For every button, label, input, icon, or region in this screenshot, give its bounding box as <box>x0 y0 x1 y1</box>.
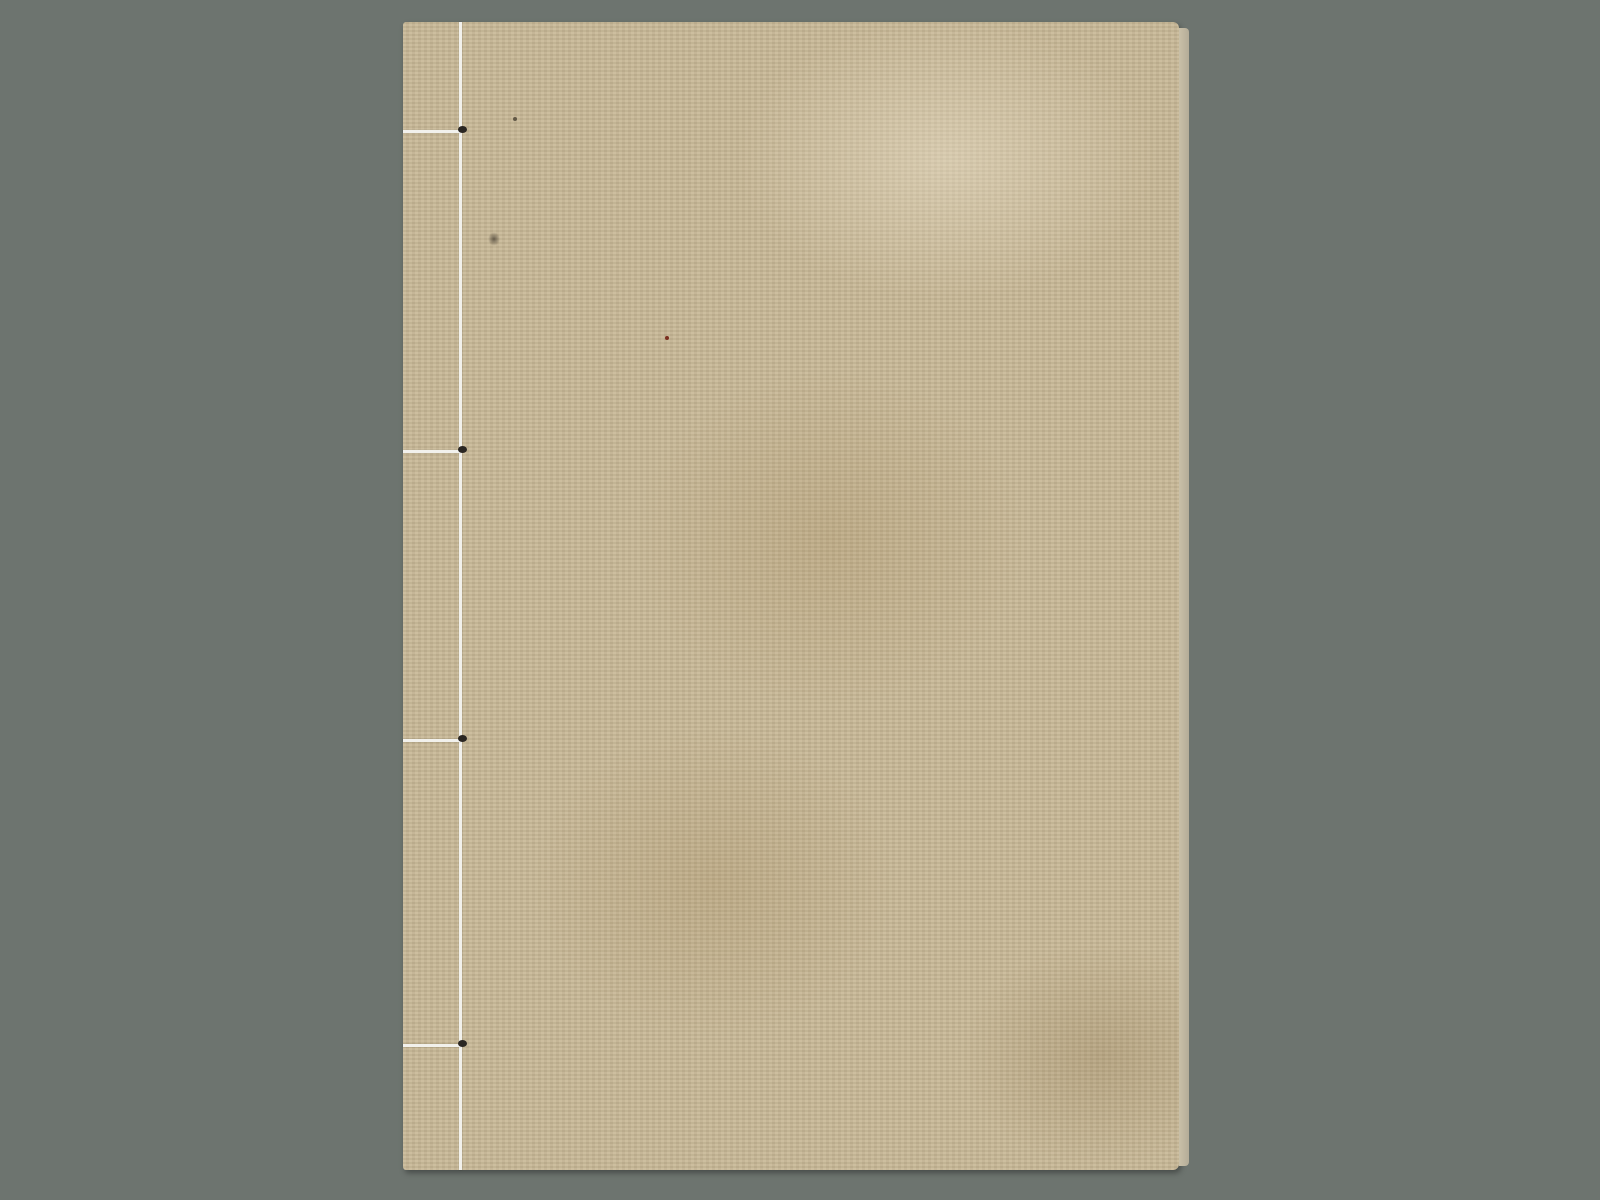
binding-thread <box>459 22 462 1170</box>
page-edge <box>1179 28 1189 1166</box>
binding-hole <box>458 446 467 453</box>
stain-spot <box>665 336 669 340</box>
ink-mark <box>513 117 517 121</box>
book-cover <box>403 22 1179 1170</box>
binding-hole <box>458 126 467 133</box>
stitch <box>403 1044 461 1047</box>
binding-hole <box>458 735 467 742</box>
stitch <box>403 130 461 133</box>
stitch <box>403 450 461 453</box>
ink-mark <box>488 232 500 246</box>
stitch <box>403 739 461 742</box>
binding-hole <box>458 1040 467 1047</box>
